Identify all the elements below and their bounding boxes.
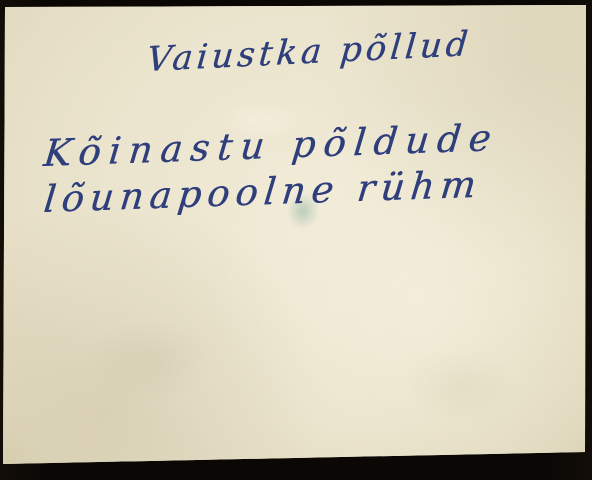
scanned-card: Vaiustka põllud Kõinastu põldude lõunapo…	[0, 0, 592, 480]
paper-stain	[380, 330, 540, 440]
paper-stain	[60, 300, 240, 420]
photo-paper: Vaiustka põllud Kõinastu põldude lõunapo…	[0, 0, 592, 480]
handwritten-title: Vaiustka põllud	[145, 24, 473, 80]
